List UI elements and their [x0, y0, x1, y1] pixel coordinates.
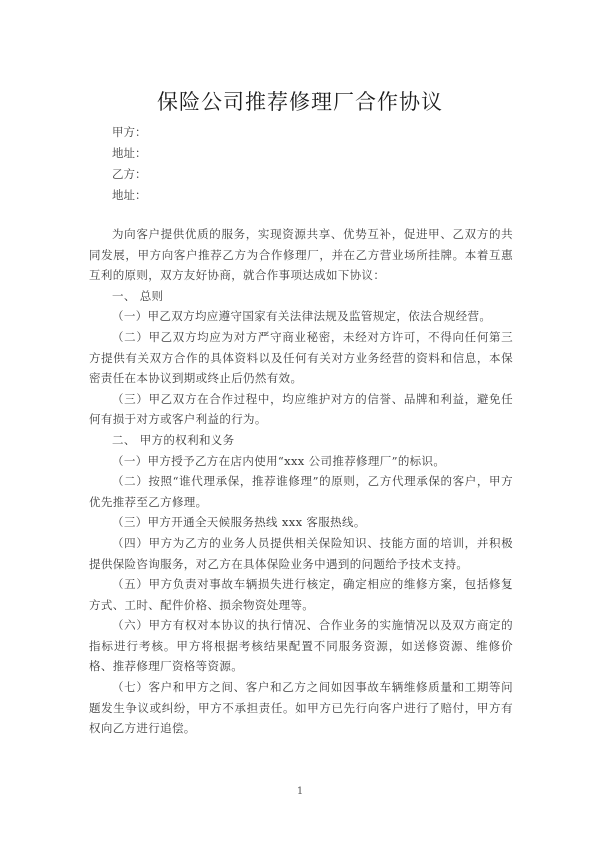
party-a-label: 甲方：	[112, 124, 147, 140]
page-number: 1	[0, 786, 600, 797]
preamble-paragraph: 为向客户提供优质的服务，实现资源共享、优势互补，促进甲、乙双方的共同发展，甲方向…	[89, 224, 513, 286]
document-title: 保险公司推荐修理厂合作协议	[0, 86, 600, 116]
clause-paragraph: （四）甲方为乙方的业务人员提供相关保险知识、技能方面的培训，并积极提供保险咨询服…	[89, 533, 513, 574]
party-b-address-label: 地址：	[112, 187, 147, 203]
party-a-address-label: 地址：	[112, 145, 147, 161]
clause-paragraph: （七）客户和甲方之间、客户和乙方之间如因事故车辆维修质量和工期等问题发生争议或纠…	[89, 677, 513, 739]
clause-paragraph: （六）甲方有权对本协议的执行情况、合作业务的实施情况以及双方商定的指标进行考核。…	[89, 615, 513, 677]
clause-paragraph: （一）甲方授予乙方在店内使用“xxx 公司推荐修理厂”的标识。	[89, 451, 513, 472]
clause-paragraph: （五）甲方负责对事故车辆损失进行核定，确定相应的维修方案，包括修复方式、工时、配…	[89, 574, 513, 615]
clause-paragraph: （三）甲方开通全天候服务热线 xxx 客服热线。	[89, 512, 513, 533]
agreement-body: 为向客户提供优质的服务，实现资源共享、优势互补，促进甲、乙双方的共同发展，甲方向…	[89, 224, 513, 739]
clause-paragraph: （二）按照“谁代理承保，推荐谁修理”的原则，乙方代理承保的客户，甲方优先推荐至乙…	[89, 471, 513, 512]
section-heading-general: 一、 总则	[89, 286, 513, 307]
clause-paragraph: （一）甲乙双方均应遵守国家有关法律法规及监管规定，依法合规经营。	[89, 306, 513, 327]
clause-paragraph: （三）甲乙双方在合作过程中，均应维护对方的信誉、品牌和利益，避免任何有损于对方或…	[89, 389, 513, 430]
section-heading-party-a-rights: 二、 甲方的权利和义务	[89, 430, 513, 451]
clause-paragraph: （二）甲乙双方均应为对方严守商业秘密，未经对方许可，不得向任何第三方提供有关双方…	[89, 327, 513, 389]
party-b-label: 乙方：	[112, 166, 147, 182]
